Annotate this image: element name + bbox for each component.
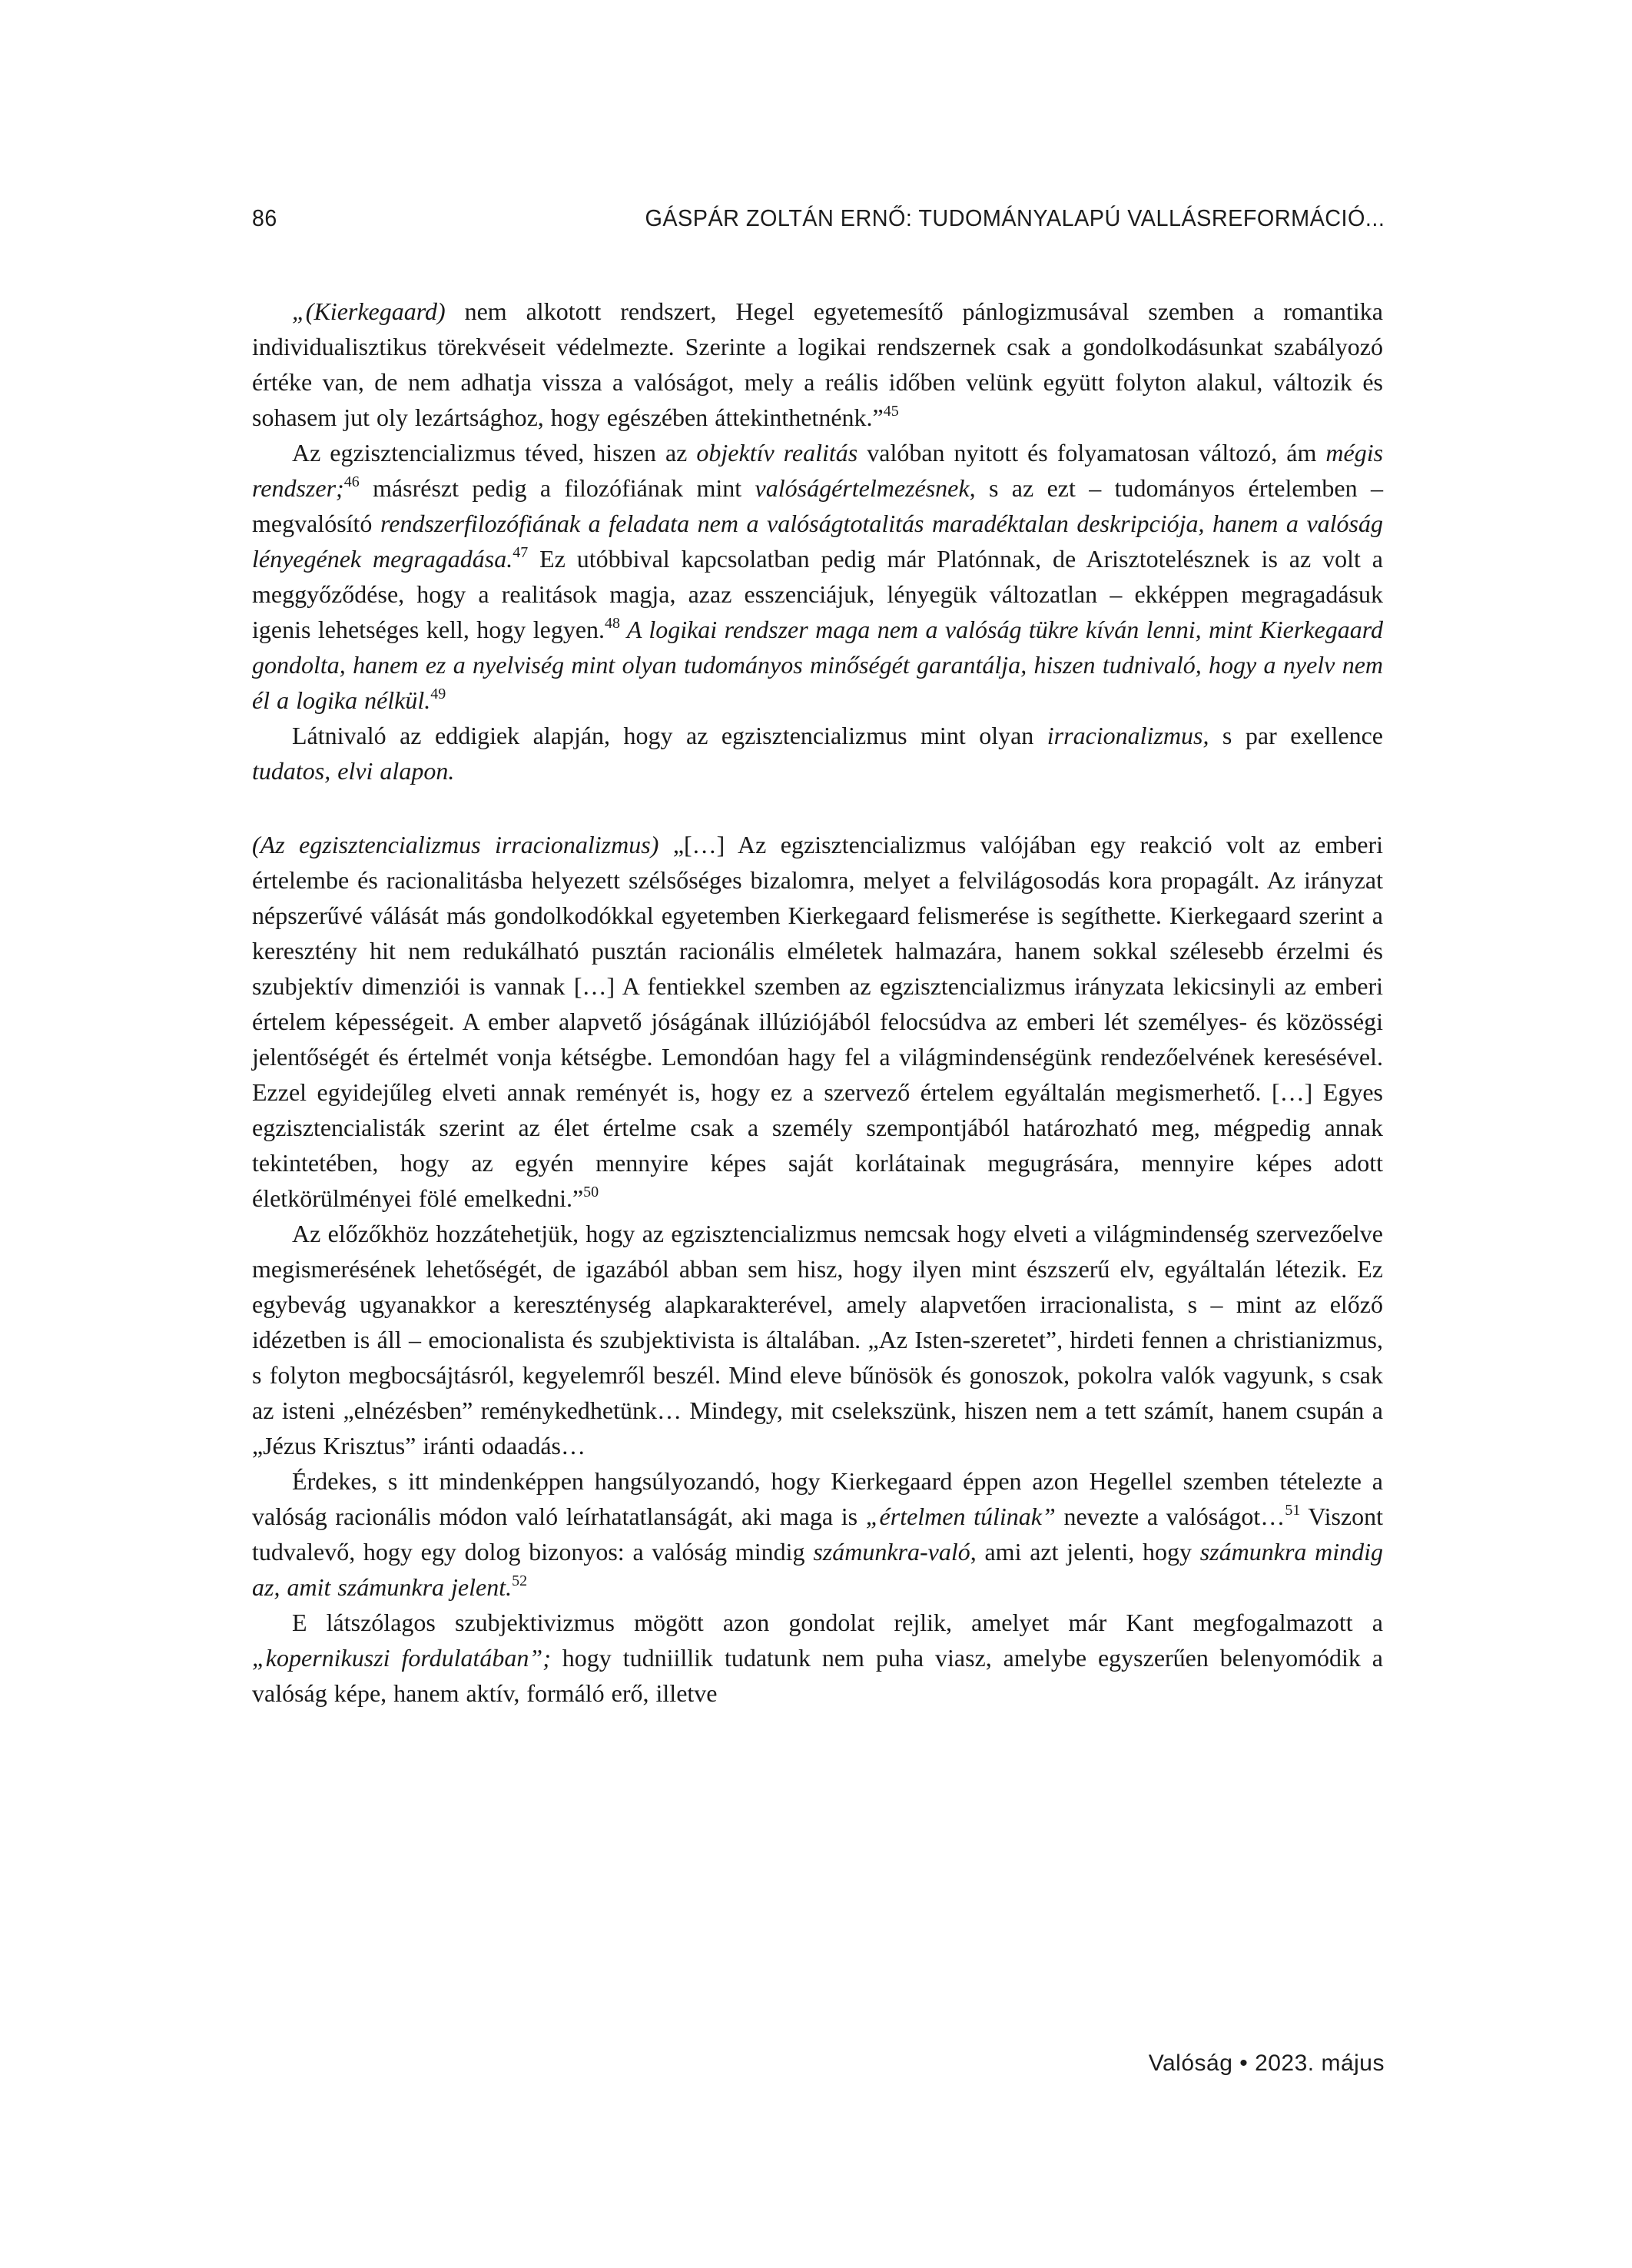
text-block: „(Kierkegaard) nem alkotott rendszert, H… <box>252 294 1383 1711</box>
footnote-reference: 49 <box>430 686 446 702</box>
journal-footer: Valóság • 2023. május <box>1149 2050 1385 2077</box>
text-run: „[…] Az egzisztencializmus valójában egy… <box>252 831 1383 1212</box>
text-run: s par exellence <box>1209 722 1383 749</box>
body-paragraph: Érdekes, s itt mindenképpen hangsúlyozan… <box>252 1463 1383 1605</box>
italic-text-run: (Az egzisztencializmus irracionalizmus) <box>252 831 658 858</box>
text-run: másrészt pedig a filozófiának mint <box>360 474 755 502</box>
text-run: Látnivaló az eddigiek alapján, hogy az e… <box>292 722 1047 749</box>
italic-text-run: számunkra-való <box>813 1538 970 1566</box>
running-head: 86 GÁSPÁR ZOLTÁN ERNŐ: TUDOMÁNYALAPÚ VAL… <box>252 204 1385 235</box>
footnote-reference: 52 <box>512 1572 527 1589</box>
text-run: Az egzisztencializmus téved, hiszen az <box>292 439 696 467</box>
body-paragraph: „(Kierkegaard) nem alkotott rendszert, H… <box>252 294 1383 435</box>
text-run: valóban nyitott és folyamatosan változó,… <box>857 439 1325 467</box>
footnote-reference: 46 <box>344 473 360 490</box>
italic-text-run: „(Kierkegaard) <box>292 297 446 325</box>
italic-text-run: tudatos, elvi alapon. <box>252 757 454 785</box>
text-run: Az előzőkhöz hozzátehetjük, hogy az egzi… <box>252 1220 1383 1459</box>
italic-text-run: objektív realitás <box>696 439 857 467</box>
footnote-reference: 48 <box>605 615 620 632</box>
text-run: nevezte a valóságot… <box>1056 1503 1285 1530</box>
footnote-reference: 50 <box>583 1184 599 1200</box>
footnote-reference: 47 <box>512 544 528 561</box>
footnote-reference: 45 <box>884 403 899 420</box>
running-title: GÁSPÁR ZOLTÁN ERNŐ: TUDOMÁNYALAPÚ VALLÁS… <box>645 204 1385 232</box>
body-paragraph: (Az egzisztencializmus irracionalizmus) … <box>252 827 1383 1216</box>
italic-text-run: valóságértelmezésnek, <box>755 474 976 502</box>
text-run: E látszólagos szubjektivizmus mögött azo… <box>292 1609 1383 1636</box>
italic-text-run: „értelmen túlinak” <box>866 1503 1056 1530</box>
body-paragraph: Az előzőkhöz hozzátehetjük, hogy az egzi… <box>252 1216 1383 1463</box>
page-number: 86 <box>252 204 277 232</box>
body-paragraph: E látszólagos szubjektivizmus mögött azo… <box>252 1605 1383 1711</box>
text-run: , ami azt jelenti, hogy <box>970 1538 1200 1566</box>
body-paragraph: Az egzisztencializmus téved, hiszen az o… <box>252 435 1383 718</box>
italic-text-run: „kopernikuszi fordulatában”; <box>252 1644 551 1672</box>
footnote-reference: 51 <box>1285 1502 1300 1519</box>
italic-text-run: irracionalizmus, <box>1047 722 1209 749</box>
body-paragraph: Látnivaló az eddigiek alapján, hogy az e… <box>252 718 1383 789</box>
journal-page: 86 GÁSPÁR ZOLTÁN ERNŐ: TUDOMÁNYALAPÚ VAL… <box>0 0 1632 2268</box>
